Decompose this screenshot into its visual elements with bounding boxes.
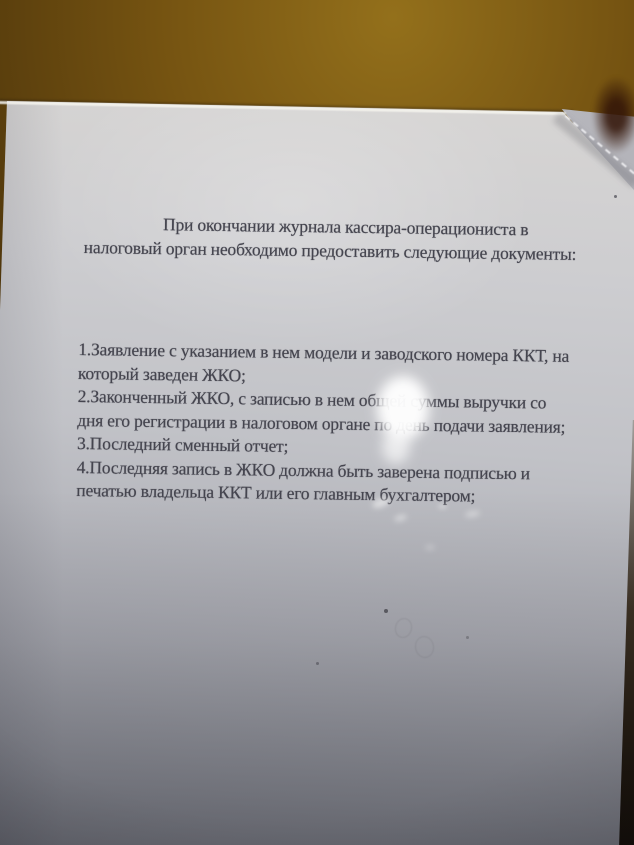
glare-spot-tail [382, 430, 410, 464]
glare-streak [425, 545, 435, 550]
list-line-1: 1.Заявление с указанием в нем модели и з… [78, 341, 569, 365]
heading-line-2: налоговый орган необходимо предоставить … [84, 239, 577, 263]
list-line-4: дня его регистрации в налоговом органе п… [77, 412, 565, 436]
list-line-7: печатью владельца ККТ или его главным бу… [76, 482, 475, 505]
heading-line-1: При окончании журнала кассира-операциони… [163, 216, 529, 239]
list-line-3: 2.Законченный ЖКО, с записью в нем общей… [78, 388, 547, 412]
ink-speck [316, 662, 319, 665]
ink-speck [384, 609, 388, 613]
list-line-6: 4.Последняя запись в ЖКО должна быть зав… [77, 459, 530, 483]
ink-speck [466, 636, 469, 639]
list-line-2: который заведен ЖКО; [78, 365, 246, 385]
glare-spot-main [377, 376, 429, 440]
document-text: При окончании журнала кассира-операциони… [0, 0, 634, 845]
photo-scene: При окончании журнала кассира-операциони… [0, 0, 634, 845]
ink-speck [614, 195, 617, 198]
list-line-5: 3.Последний сменный отчет; [77, 435, 288, 455]
glare-streak [438, 504, 447, 509]
